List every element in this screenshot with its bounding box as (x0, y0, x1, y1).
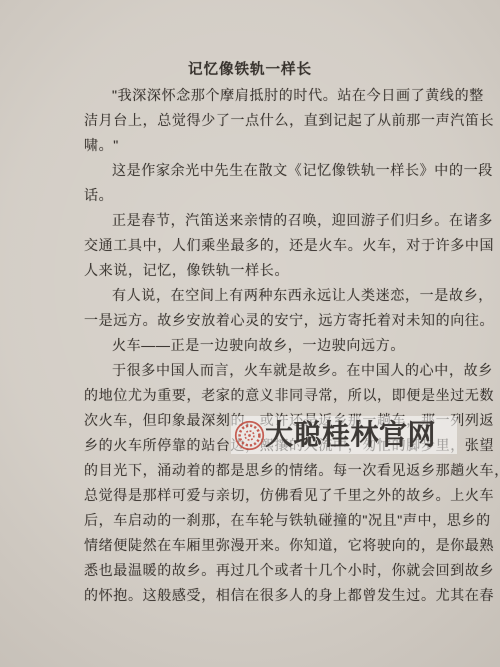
text-line: 啸。" (84, 133, 456, 158)
text-line: 的怀抱。这般感受，相信在很多人的身上都曾发生过。尤其在春 (84, 583, 456, 608)
paragraph: 有人说，在空间上有两种东西永远让人类迷恋，一是故乡，一是远方。故乡安放着心灵的安… (84, 283, 456, 333)
article-title: 记忆像铁轨一样长 (0, 58, 500, 83)
red-seal-icon (234, 420, 265, 451)
paragraph: 这是作家余光中先生在散文《记忆像铁轨一样长》中的一段话。 (84, 158, 456, 208)
text-line: 洁月台上，总觉得少了一点什么，直到记起了从前那一声汽笛长 (84, 108, 456, 133)
text-line: 人来说，记忆，像铁轨一样长。 (84, 258, 456, 283)
text-line: 后，车启动的一刹那，在车轮与铁轨碰撞的"况且"声中，思乡的 (84, 508, 456, 533)
watermark-text: 大聪桂林官网 (265, 416, 457, 454)
text-line: 话。 (84, 183, 456, 208)
paragraph: 火车——正是一边驶向故乡，一边驶向远方。 (84, 333, 456, 358)
text-line: 情绪便陡然在车厢里弥漫开来。你知道，它将驶向的，是你最熟 (84, 533, 456, 558)
text-line: 火车——正是一边驶向故乡，一边驶向远方。 (84, 333, 456, 358)
article-body: "我深深怀念那个摩肩抵肘的时代。站在今日画了黄线的整洁月台上，总觉得少了一点什么… (84, 83, 456, 608)
text-line: 总觉得是那样可爱与亲切，仿佛看见了千里之外的故乡。上火车 (84, 483, 456, 508)
text-line: 于很多中国人而言，火车就是故乡。在中国人的心中，故乡 (84, 358, 456, 383)
text-line: 一是远方。故乡安放着心灵的安宁，远方寄托着对未知的向往。 (84, 308, 456, 333)
paragraph: 于很多中国人而言，火车就是故乡。在中国人的心中，故乡的地位尤为重要，老家的意义非… (84, 358, 456, 608)
text-line: 的目光下，涌动着的都是思乡的情绪。每一次看见返乡那趟火车， (84, 458, 456, 483)
text-line: 的地位尤为重要，老家的意义非同寻常，所以，即便是坐过无数 (84, 383, 456, 408)
paragraph: "我深深怀念那个摩肩抵肘的时代。站在今日画了黄线的整洁月台上，总觉得少了一点什么… (84, 83, 456, 158)
document-page: 记忆像铁轨一样长 "我深深怀念那个摩肩抵肘的时代。站在今日画了黄线的整洁月台上，… (0, 0, 500, 667)
text-line: "我深深怀念那个摩肩抵肘的时代。站在今日画了黄线的整 (84, 83, 456, 108)
text-line: 正是春节，汽笛送来亲情的召唤，迎回游子们归乡。在诸多 (84, 208, 456, 233)
text-line: 这是作家余光中先生在散文《记忆像铁轨一样长》中的一段 (84, 158, 456, 183)
paragraph: 正是春节，汽笛送来亲情的召唤，迎回游子们归乡。在诸多交通工具中，人们乘坐最多的，… (84, 208, 456, 283)
watermark: 大聪桂林官网 (231, 416, 457, 454)
text-line: 有人说，在空间上有两种东西永远让人类迷恋，一是故乡， (84, 283, 456, 308)
text-line: 悉也最温暖的故乡。再过几个或者十几个小时，你就会回到故乡 (84, 558, 456, 583)
text-line: 交通工具中，人们乘坐最多的，还是火车。火车，对于许多中国 (84, 233, 456, 258)
